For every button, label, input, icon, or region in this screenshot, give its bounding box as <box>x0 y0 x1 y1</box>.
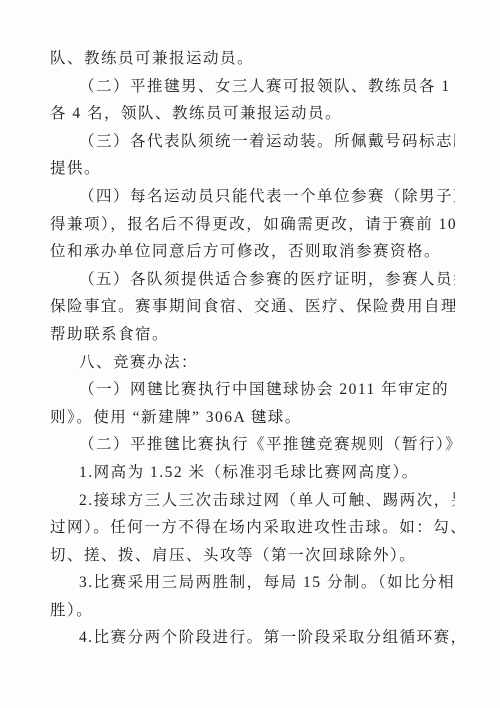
text-line: （五）各队须提供适合参赛的医疗证明，参赛人员须自行办理 <box>50 266 455 294</box>
text-line: （一）网毽比赛执行中国毽球协会 2011 年审定的《毽球竞赛规 <box>50 376 455 404</box>
text-line: 切、搓、拨、肩压、头攻等（第一次回球除外）。 <box>50 542 455 570</box>
text-line: 2.接球方三人三次击球过网（单人可触、踢两次，另一人击球 <box>50 487 455 515</box>
text-line: 过网）。任何一方不得在场内采取进攻性击球。如：勾、踏、摆、抽、 <box>50 514 455 542</box>
text-line: 保险事宜。赛事期间食宿、交通、医疗、保险费用自理，组委会可 <box>50 293 455 321</box>
text-line: 队、教练员可兼报运动员。 <box>50 45 455 73</box>
text-line: 八、竞赛办法： <box>50 349 455 377</box>
text-line: （四）每名运动员只能代表一个单位参赛（除男子双人外，不 <box>50 183 455 211</box>
text-line: （三）各代表队须统一着运动装。所佩戴号码标志牌由组委会 <box>50 128 455 156</box>
text-line: 则》。使用 “新建牌” 306A 毽球。 <box>50 404 455 432</box>
text-line: 1.网高为 1.52 米（标准羽毛球比赛网高度）。 <box>50 459 455 487</box>
text-line: （二）平推毽比赛执行《平推毽竞赛规则（暂行）》： <box>50 431 455 459</box>
text-line: 帮助联系食宿。 <box>50 321 455 349</box>
text-line: （二）平推毽男、女三人赛可报领队、教练员各 1 名，运动员 <box>50 73 455 101</box>
document-body: 队、教练员可兼报运动员。（二）平推毽男、女三人赛可报领队、教练员各 1 名，运动… <box>50 45 455 652</box>
text-line: 得兼项），报名后不得更改，如确需更改，请于赛前 10 天报主办单 <box>50 211 455 239</box>
text-line: 提供。 <box>50 155 455 183</box>
text-line: 4.比赛分两个阶段进行。第一阶段采取分组循环赛，取小组前 <box>50 624 455 652</box>
text-line: 胜）。 <box>50 597 455 625</box>
text-line: 各 4 名，领队、教练员可兼报运动员。 <box>50 100 455 128</box>
text-line: 位和承办单位同意后方可修改，否则取消参赛资格。 <box>50 238 455 266</box>
text-line: 3.比赛采用三局两胜制，每局 15 分制。（如比分相同至 21 分为 <box>50 569 455 597</box>
document-page: 队、教练员可兼报运动员。（二）平推毽男、女三人赛可报领队、教练员各 1 名，运动… <box>0 0 500 708</box>
